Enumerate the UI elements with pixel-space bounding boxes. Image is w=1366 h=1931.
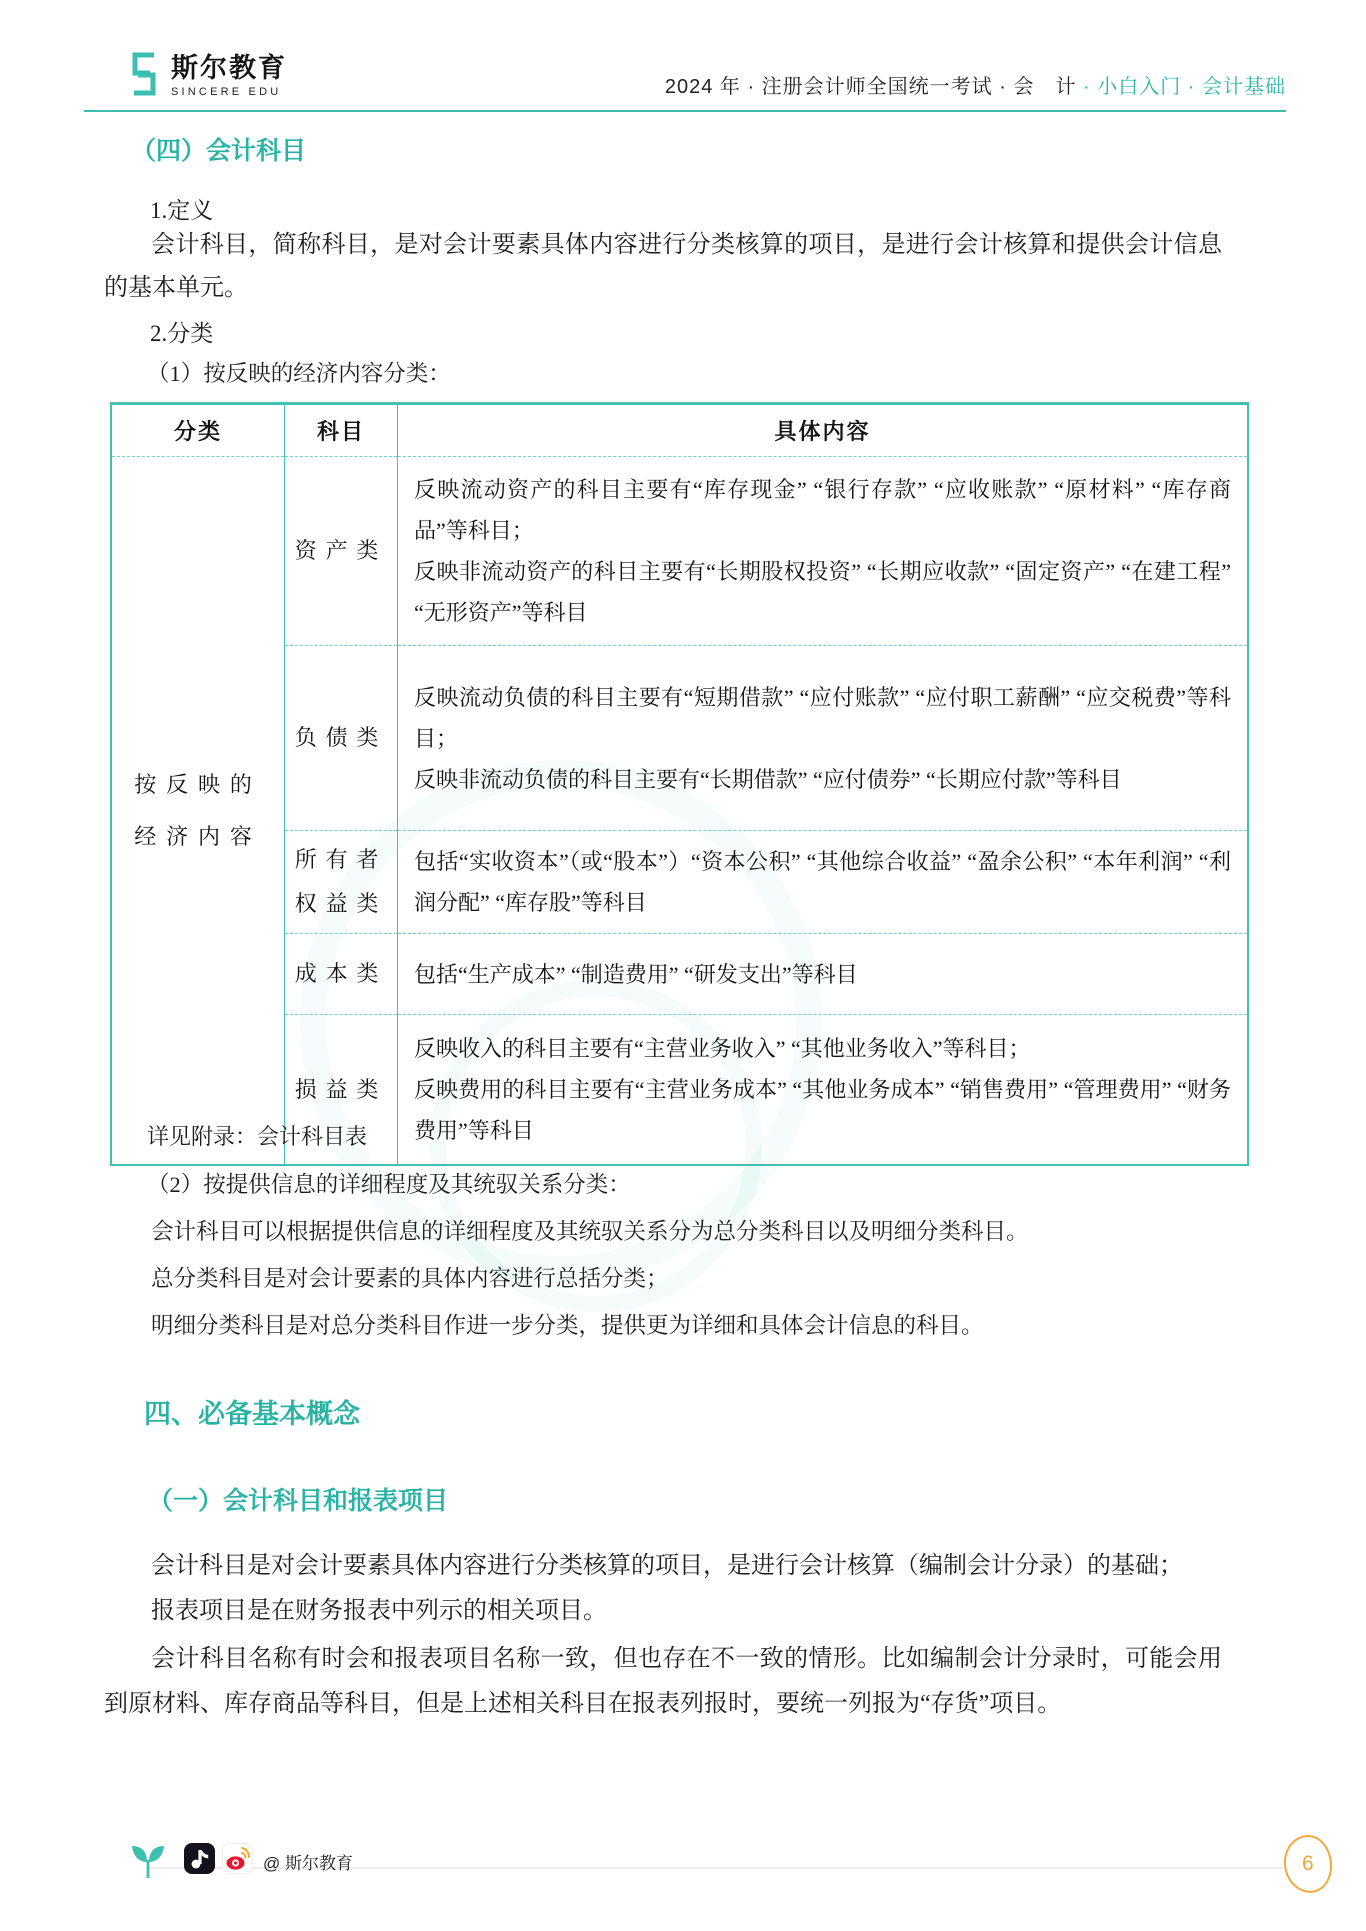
item2-paragraph-2: 总分类科目是对会计要素的具体内容进行总括分类； xyxy=(151,1261,669,1293)
header-title-main: 2024 年 · 注册会计师全国统一考试 · 会 计 xyxy=(665,76,1083,98)
section-title: （四）会计科目 xyxy=(131,131,306,167)
sub1-paragraph-2: 报表项目是在财务报表中列示的相关项目。 xyxy=(104,1590,1222,1633)
content-cell-equity: 包括“实收资本”（或“股本”）“资本公积” “其他综合收益” “盈余公积” “本… xyxy=(398,831,1249,934)
appendix-note: 详见附录：会计科目表 xyxy=(147,1120,367,1151)
category-group-cell: 按反映的 经济内容 xyxy=(111,457,285,1166)
weibo-icon xyxy=(222,1843,253,1874)
social-handle: @ 斯尔教育 xyxy=(263,1849,353,1874)
definition-paragraph: 会计科目，简称科目，是对会计要素具体内容进行分类核算的项目，是进行会计核算和提供… xyxy=(104,224,1222,310)
brand-name: 斯尔教育 xyxy=(171,55,287,82)
content-cell-cost: 包括“生产成本” “制造费用” “研发支出”等科目 xyxy=(398,934,1249,1015)
logo-s-icon xyxy=(126,50,162,103)
classification-label: 2.分类 xyxy=(150,315,213,348)
brand-subtitle: SINCERE EDU xyxy=(171,87,287,98)
header-divider xyxy=(84,110,1286,112)
document-page: 斯尔教育 SINCERE EDU 2024 年 · 注册会计师全国统一考试 · … xyxy=(0,0,1366,1931)
sub1-paragraph-3: 会计科目名称有时会和报表项目名称一致，但也存在不一致的情形。比如编制会计分录时，… xyxy=(104,1637,1222,1727)
subject-cell-assets: 资产类 xyxy=(285,457,398,646)
sub1-paragraph-1: 会计科目是对会计要素具体内容进行分类核算的项目，是进行会计核算（编制会计分录）的… xyxy=(104,1545,1222,1588)
subsection-1-title: （一）会计科目和报表项目 xyxy=(148,1481,448,1517)
item2-paragraph-1: 会计科目可以根据提供信息的详细程度及其统驭关系分为总分类科目以及明细分类科目。 xyxy=(151,1214,1029,1246)
header-cell-category: 分类 xyxy=(111,404,285,457)
table-row-assets: 按反映的 经济内容 资产类 反映流动资产的科目主要有“库存现金” “银行存款” … xyxy=(111,457,1248,646)
classification-item-2-title: （2）按提供信息的详细程度及其统驭关系分类： xyxy=(147,1167,631,1199)
item2-paragraph-3: 明细分类科目是对总分类科目作进一步分类，提供更为详细和具体会计信息的科目。 xyxy=(151,1308,984,1340)
header-cell-content: 具体内容 xyxy=(398,404,1249,457)
douyin-icon xyxy=(184,1843,215,1874)
definition-label: 1.定义 xyxy=(150,192,213,225)
content-cell-liabilities: 反映流动负债的科目主要有“短期借款” “应付账款” “应付职工薪酬” “应交税费… xyxy=(398,646,1249,831)
header-title: 2024 年 · 注册会计师全国统一考试 · 会 计 · 小白入门 · 会计基础 xyxy=(665,70,1286,99)
content-cell-assets: 反映流动资产的科目主要有“库存现金” “银行存款” “应收账款” “原材料” “… xyxy=(398,457,1249,646)
subject-cell-equity: 所有者权益类 xyxy=(285,831,398,934)
table-header-row: 分类 科目 具体内容 xyxy=(111,404,1248,457)
page-number-badge: 6 xyxy=(1282,1833,1334,1894)
header-title-course: · 小白入门 · 会计基础 xyxy=(1083,76,1286,98)
account-subjects-table: 分类 科目 具体内容 按反映的 经济内容 资产类 反映流动资产的科目主要有“库存… xyxy=(110,402,1249,1166)
subject-cell-cost: 成本类 xyxy=(285,934,398,1015)
subject-cell-liabilities: 负债类 xyxy=(285,646,398,831)
classification-item-1-title: （1）按反映的经济内容分类： xyxy=(147,356,451,388)
header-cell-subject: 科目 xyxy=(285,404,398,457)
section-4-title: 四、必备基本概念 xyxy=(144,1392,360,1431)
page-number: 6 xyxy=(1302,1852,1314,1876)
brand-logo: 斯尔教育 SINCERE EDU xyxy=(126,50,287,103)
content-cell-profit-loss: 反映收入的科目主要有“主营业务收入” “其他业务收入”等科目； 反映费用的科目主… xyxy=(398,1015,1249,1166)
sprout-icon xyxy=(128,1836,168,1885)
